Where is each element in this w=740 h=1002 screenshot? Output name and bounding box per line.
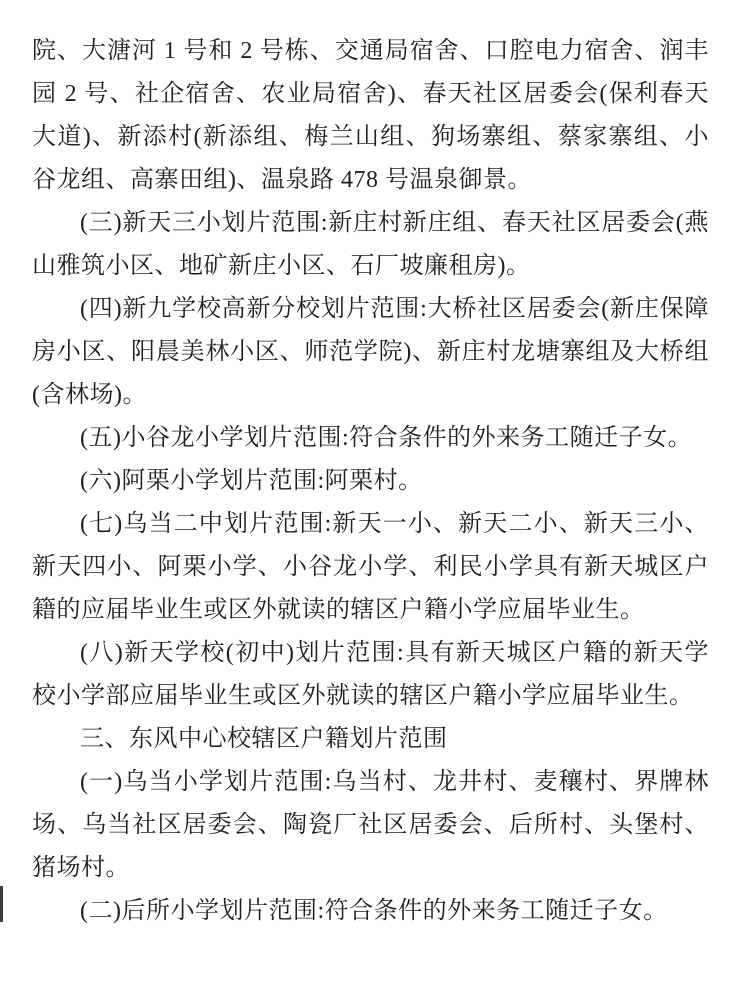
paragraph-section3-item-2: (二)后所小学划片范围:符合条件的外来务工随迁子女。: [32, 890, 709, 933]
paragraph-item-5: (五)小谷龙小学划片范围:符合条件的外来务工随迁子女。: [32, 417, 709, 460]
paragraph-item-6: (六)阿栗小学划片范围:阿栗村。: [32, 460, 709, 503]
document-body: 院、大溏河 1 号和 2 号栋、交通局宿舍、口腔电力宿舍、润丰园 2 号、社企宿…: [0, 0, 740, 933]
paragraph-item-3: (三)新天三小划片范围:新庄村新庄组、春天社区居委会(燕山雅筑小区、地矿新庄小区…: [32, 202, 709, 288]
paragraph-item-7: (七)乌当二中划片范围:新天一小、新天二小、新天三小、新天四小、阿栗小学、小谷龙…: [32, 503, 709, 632]
paragraph-item-4: (四)新九学校高新分校划片范围:大桥社区居委会(新庄保障房小区、阳晨美林小区、师…: [32, 288, 709, 417]
scan-artifact-mark: [0, 886, 3, 922]
paragraph-section3-item-1: (一)乌当小学划片范围:乌当村、龙井村、麦穰村、界牌林场、乌当社区居委会、陶瓷厂…: [32, 761, 709, 890]
paragraph-item-8: (八)新天学校(初中)划片范围:具有新天城区户籍的新天学校小学部应届毕业生或区外…: [32, 632, 709, 718]
section-heading: 三、东风中心校辖区户籍划片范围: [32, 718, 709, 761]
document-page: 院、大溏河 1 号和 2 号栋、交通局宿舍、口腔电力宿舍、润丰园 2 号、社企宿…: [0, 0, 740, 1002]
paragraph-continued-from-previous-page: 院、大溏河 1 号和 2 号栋、交通局宿舍、口腔电力宿舍、润丰园 2 号、社企宿…: [32, 30, 709, 202]
